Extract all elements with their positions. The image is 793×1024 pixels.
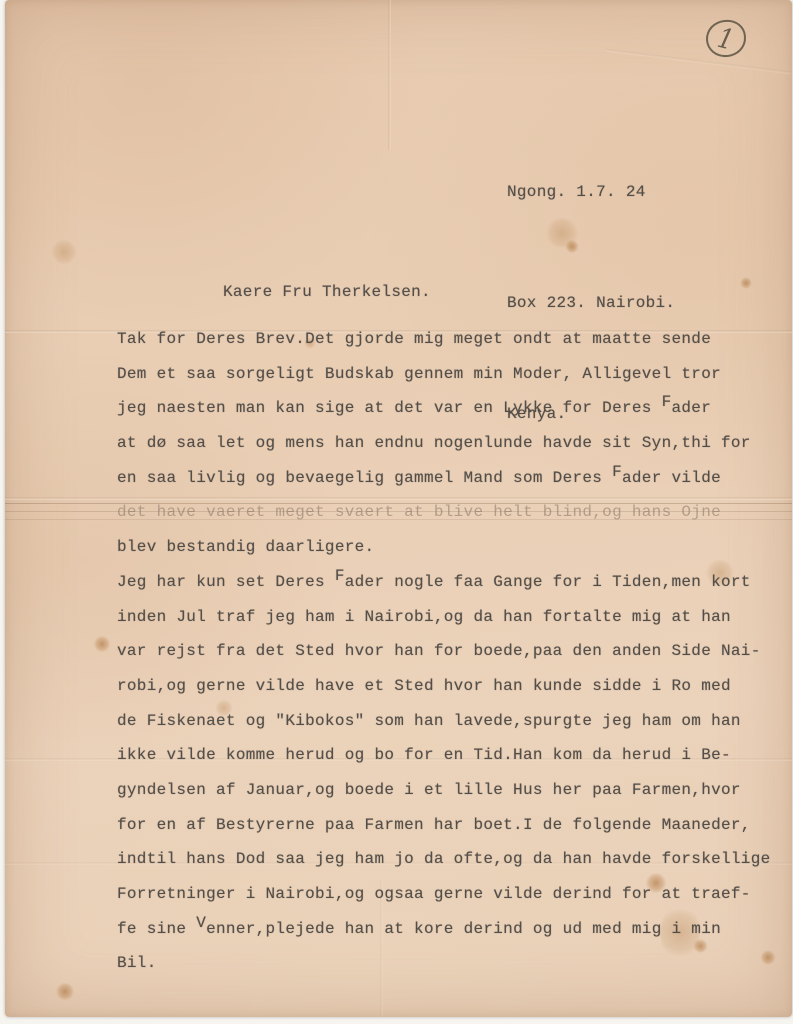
letter-line-text: ader vilde bbox=[622, 469, 721, 487]
letter-line-text: blev bestandig daarligere. bbox=[117, 538, 374, 556]
letter-line-text: ader nogle faa Gange for i Tiden,men kor… bbox=[345, 573, 751, 591]
letter-line-text: en saa livlig og bevaegelig gammel Mand … bbox=[117, 469, 612, 487]
letter-line: Dem et saa sorgeligt Budskab gennem min … bbox=[117, 357, 777, 392]
letter-line-text: Jeg har kun set Deres bbox=[117, 573, 335, 591]
letter-line: fe sine Venner,plejede han at kore derin… bbox=[117, 912, 777, 947]
stain bbox=[740, 277, 752, 289]
raised-typewriter-letter: F bbox=[335, 567, 345, 585]
page-number: 1 bbox=[715, 23, 737, 53]
raised-typewriter-letter: V bbox=[196, 914, 206, 932]
letter-line: en saa livlig og bevaegelig gammel Mand … bbox=[117, 461, 777, 496]
letter-line: indtil hans Dod saa jeg ham jo da ofte,o… bbox=[117, 842, 777, 877]
paper-sheet: 1 Ngong. 1.7. 24 Box 223. Nairobi. Kenya… bbox=[5, 0, 792, 1017]
letter-line: Tak for Deres Brev.Det gjorde mig meget … bbox=[117, 322, 777, 357]
horizontal-fold-crease bbox=[606, 49, 792, 75]
letter-line-text: ader bbox=[672, 399, 712, 417]
letter-line: gyndelsen af Januar,og boede i et lille … bbox=[117, 773, 777, 808]
letter-line-text: enner,plejede han at kore derind og ud m… bbox=[206, 920, 721, 938]
page-number-circle: 1 bbox=[705, 19, 747, 59]
letter-line-text: for en af Bestyrerne paa Farmen har boet… bbox=[117, 816, 751, 834]
letter-line: robi,og gerne vilde have et Sted hvor ha… bbox=[117, 669, 777, 704]
letter-line: de Fiskenaet og "Kibokos" som han lavede… bbox=[117, 704, 777, 739]
letter-line-text: inden Jul traf jeg ham i Nairobi,og da h… bbox=[117, 608, 731, 626]
letter-line: ikke vilde komme herud og bo for en Tid.… bbox=[117, 738, 777, 773]
stain bbox=[51, 240, 77, 264]
letter-line-text: Dem et saa sorgeligt Budskab gennem min … bbox=[117, 365, 721, 383]
letter-line: Jeg har kun set Deres Fader nogle faa Ga… bbox=[117, 565, 777, 600]
letter-line-text: Forretninger i Nairobi,og ogsaa gerne vi… bbox=[117, 885, 751, 903]
letter-line-text: jeg naesten man kan sige at det var en L… bbox=[117, 399, 662, 417]
raised-typewriter-letter: F bbox=[662, 393, 672, 411]
raised-typewriter-letter: F bbox=[612, 463, 622, 481]
letter-line: Forretninger i Nairobi,og ogsaa gerne vi… bbox=[117, 877, 777, 912]
letter-line-text: at dø saa let og mens han endnu nogenlun… bbox=[117, 434, 751, 452]
letter-line: var rejst fra det Sted hvor han for boed… bbox=[117, 634, 777, 669]
letter-line-text: de Fiskenaet og "Kibokos" som han lavede… bbox=[117, 712, 741, 730]
stain bbox=[93, 636, 111, 652]
vertical-fold-crease bbox=[388, 0, 391, 150]
heading-address-line: Box 223. Nairobi. bbox=[507, 285, 675, 322]
letter-line-text: var rejst fra det Sted hvor han for boed… bbox=[117, 642, 761, 660]
letter-line-text: gyndelsen af Januar,og boede i et lille … bbox=[117, 781, 741, 799]
letter-line-text: Bil. bbox=[117, 954, 157, 972]
letter-scan: 1 Ngong. 1.7. 24 Box 223. Nairobi. Kenya… bbox=[0, 0, 793, 1024]
stain bbox=[55, 983, 75, 1000]
letter-line: blev bestandig daarligere. bbox=[117, 530, 777, 565]
letter-line-text: det have vaeret meget svaert at blive he… bbox=[117, 503, 721, 521]
letter-line: jeg naesten man kan sige at det var en L… bbox=[117, 391, 777, 426]
letter-line: inden Jul traf jeg ham i Nairobi,og da h… bbox=[117, 600, 777, 635]
heading-date-line: Ngong. 1.7. 24 bbox=[507, 174, 675, 211]
letter-line-text: indtil hans Dod saa jeg ham jo da ofte,o… bbox=[117, 850, 771, 868]
letter-line-text: robi,og gerne vilde have et Sted hvor ha… bbox=[117, 677, 731, 695]
letter-body: Tak for Deres Brev.Det gjorde mig meget … bbox=[117, 322, 777, 981]
letter-line: at dø saa let og mens han endnu nogenlun… bbox=[117, 426, 777, 461]
letter-line-text: Tak for Deres Brev.Det gjorde mig meget … bbox=[117, 330, 711, 348]
letter-line: det have vaeret meget svaert at blive he… bbox=[117, 495, 777, 530]
letter-line-text: fe sine bbox=[117, 920, 196, 938]
salutation: Kaere Fru Therkelsen. bbox=[223, 283, 431, 301]
letter-line: Bil. bbox=[117, 946, 777, 981]
letter-line-text: ikke vilde komme herud og bo for en Tid.… bbox=[117, 746, 731, 764]
letter-line: for en af Bestyrerne paa Farmen har boet… bbox=[117, 808, 777, 843]
